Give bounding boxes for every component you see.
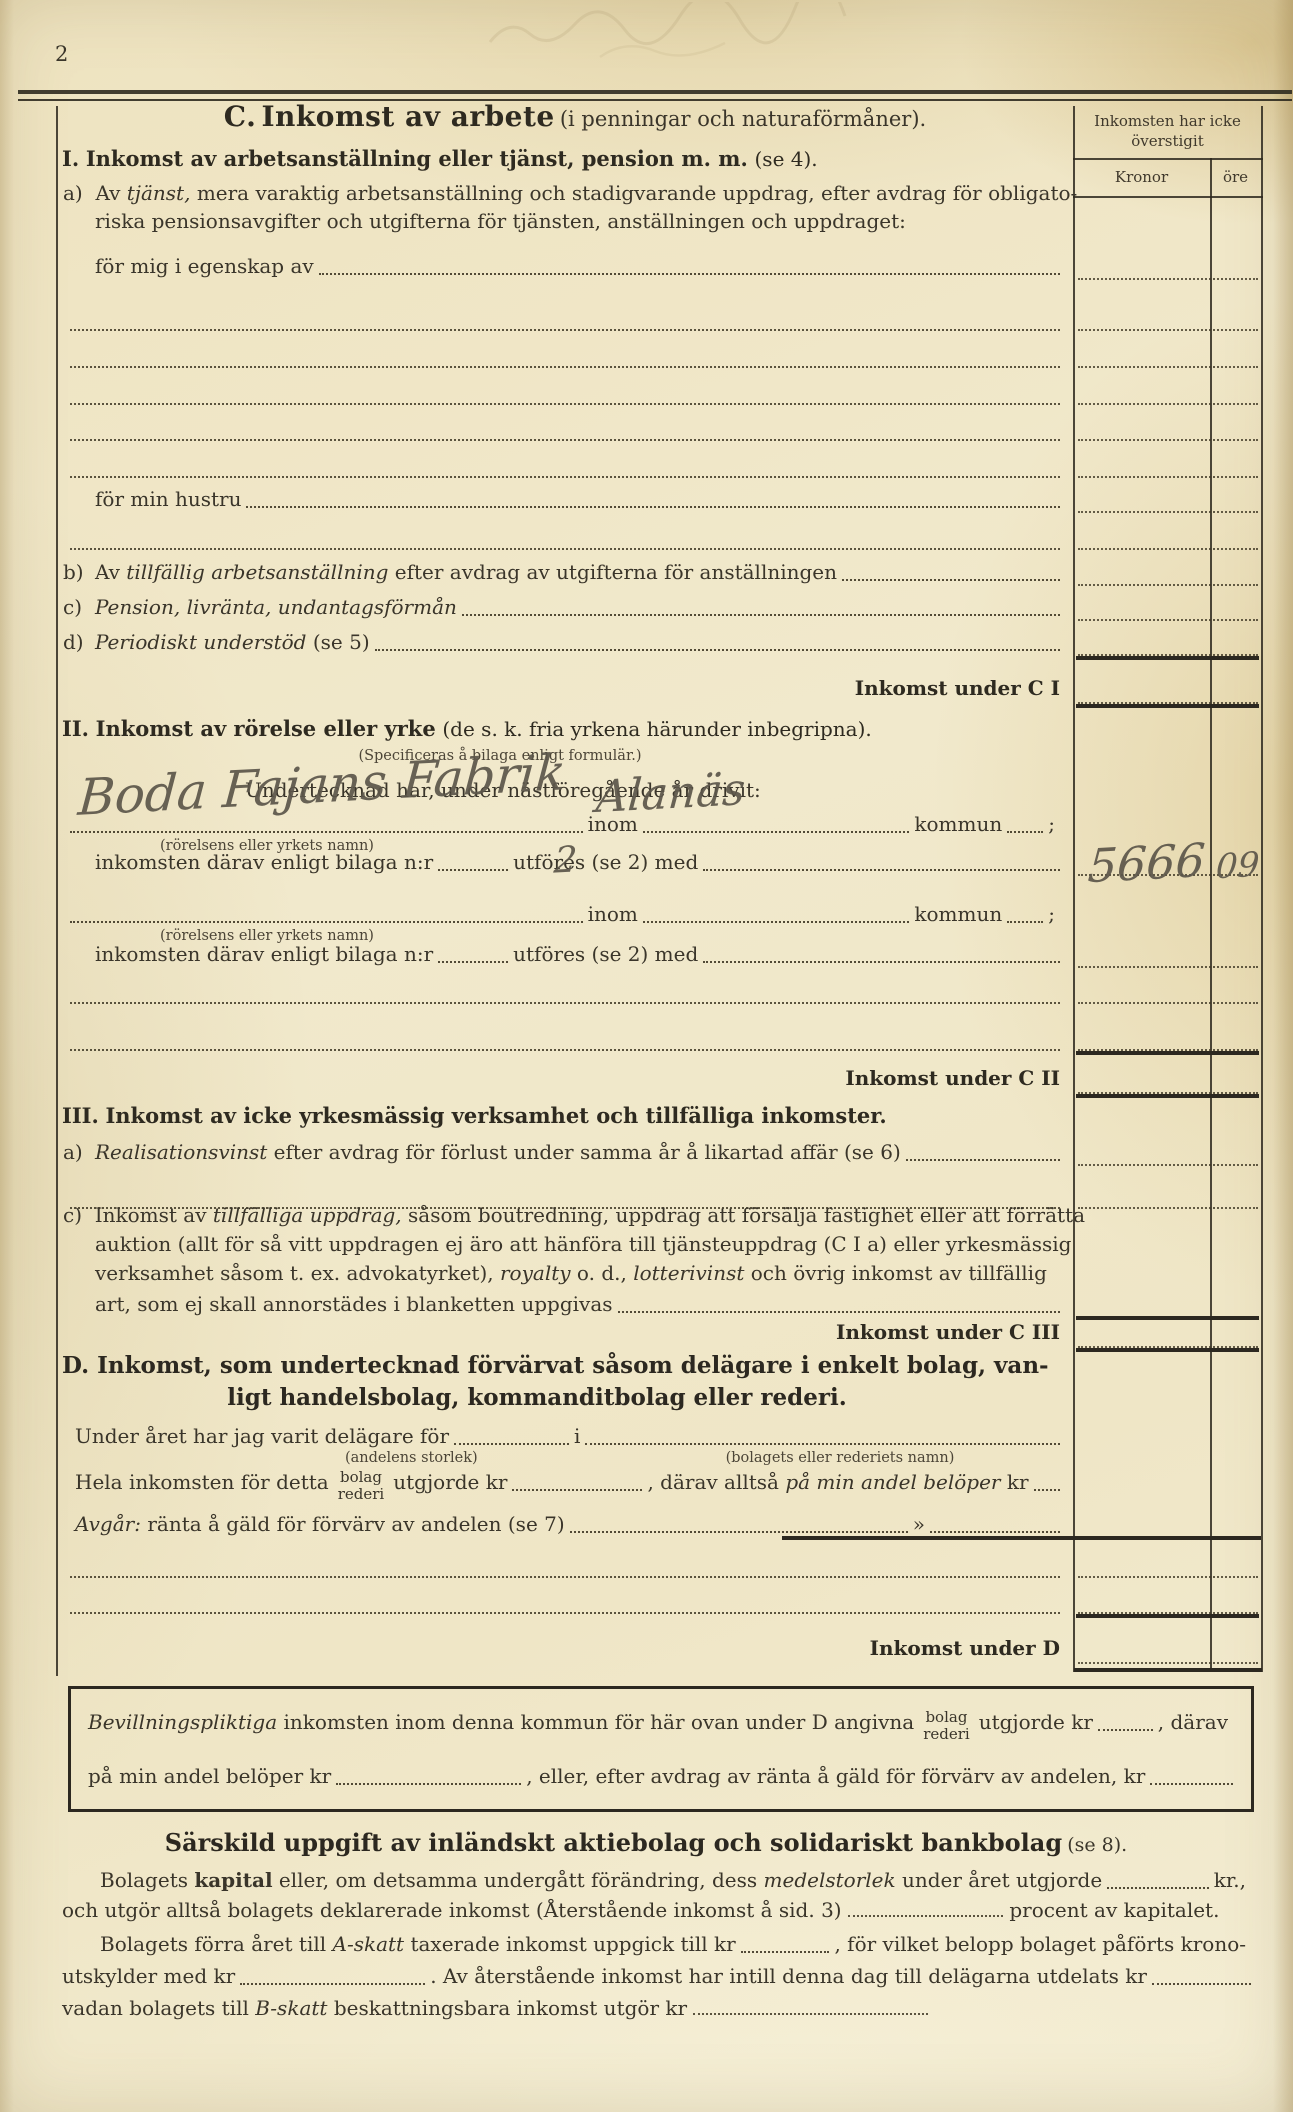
item-b-row: b) Av tillfällig arbetsanställning efter…: [63, 558, 1060, 584]
amount-cell-dotted-line: [1078, 377, 1258, 405]
empty-dotted-line: [70, 1550, 1060, 1578]
paper-left-edge-shadow: [0, 0, 14, 2112]
business-name-dotted-line: [70, 921, 583, 923]
amount-cell-dotted-line: [1078, 413, 1258, 441]
field-row-for-min-hustru: för min hustru: [95, 485, 1060, 511]
bilaga-number-dotted-line: [438, 961, 508, 963]
empty-dotted-line: [70, 450, 1060, 478]
item-d-row: d) Periodiskt understöd (se 5): [63, 628, 1060, 654]
empty-dotted-line: [70, 413, 1060, 441]
handwritten-amount-kronor: 5666: [1086, 833, 1207, 893]
amount-column-right-border: [1261, 106, 1263, 1672]
field-row-for-mig: för mig i egenskap av: [95, 252, 1060, 278]
special-p1: Bolagets kapital eller, om detsamma unde…: [100, 1866, 1251, 1892]
empty-dotted-line: [70, 522, 1060, 550]
fill-in-dotted-line: [246, 506, 1060, 508]
fill-in-dotted-line: [462, 614, 1060, 616]
amount-column-subheader-underline: [1073, 196, 1263, 198]
kommun-dotted-line: [643, 831, 910, 833]
special-p3: Bolagets förra året till A-skatt taxerad…: [100, 1930, 1251, 1956]
amount-cell-dotted-line: [1078, 522, 1258, 550]
summary-box-line2: på min andel belöper kr , eller, efter a…: [88, 1762, 1233, 1788]
share-size-dotted-line: [454, 1443, 569, 1445]
fill-in-dotted-line: [906, 1159, 1060, 1161]
bilaga-number-dotted-line: [438, 869, 508, 871]
handwritten-kommun-name: Alanäs: [594, 764, 747, 823]
page-number: 2: [55, 42, 68, 66]
amount-section-rule: [1076, 1051, 1259, 1055]
amount-cell-dotted-line: [1078, 676, 1258, 704]
item-iiia-row: a) Realisationsvinst efter avdrag för fö…: [63, 1138, 1060, 1164]
total-label-d: Inkomst under D: [700, 1636, 1060, 1660]
share-size-caption: (andelens storlek): [345, 1450, 478, 1466]
amount-column-header-line2: överstigit: [1073, 132, 1262, 150]
amount-section-rule: [1076, 1094, 1259, 1098]
amount-cell-dotted-line: [1078, 340, 1258, 368]
amount-section-rule: [1076, 1614, 1259, 1618]
amount-section-rule: [1076, 656, 1259, 660]
bevillningspliktiga-summary-box: [68, 1686, 1254, 1812]
amount-column-kronor-label: Kronor: [1073, 168, 1210, 186]
fill-in-dotted-line: [375, 649, 1060, 651]
item-iiic-line2: auktion (allt för så vitt uppdragen ej ä…: [95, 1232, 1071, 1256]
special-p2: och utgör alltså bolagets deklarerade in…: [62, 1898, 1219, 1922]
amount-cell-dotted-line: [1078, 303, 1258, 331]
fill-in-dotted-line: [618, 1311, 1060, 1313]
bolag-rederi-stack: bolag rederi: [334, 1469, 389, 1503]
amount-cell-dotted-line: [1078, 485, 1258, 513]
kommun-dotted-line: [643, 921, 910, 923]
item-iiic-line4: art, som ej skall annorstädes i blankett…: [95, 1290, 1060, 1316]
fill-in-dotted-line: [848, 1915, 1003, 1917]
amount-cell-dotted-line: [1078, 1510, 1258, 1538]
fill-in-dotted-line: [1007, 831, 1043, 833]
amount-cell-dotted-line: [1078, 1550, 1258, 1578]
item-a-line2: riska pensionsavgifter och utgifterna fö…: [95, 209, 906, 233]
item-a-line1: a) Av tjänst, mera varaktig arbetsanstäl…: [63, 181, 1077, 205]
section-d-heading-line2: ligt handelsbolag, kommanditbolag eller …: [62, 1384, 1012, 1411]
paper-right-edge-shadow: [1273, 0, 1293, 2112]
fill-in-dotted-line: [1152, 1983, 1251, 1985]
amount-cell-dotted-line: [1078, 940, 1258, 968]
item-c-row: c) Pension, livränta, undantagsförmån: [63, 593, 1060, 619]
amount-cell-dotted-line: [1078, 1636, 1258, 1664]
section-d-heading-line1: D. Inkomst, som undertecknad förvärvat s…: [62, 1352, 1049, 1379]
field-row-avgar: Avgår: ränta å gäld för förvärv av andel…: [75, 1510, 1060, 1536]
amount-column-header-line1: Inkomsten har icke: [1073, 112, 1262, 130]
fill-in-dotted-line: [741, 1951, 830, 1953]
total-label-c2: Inkomst under C II: [700, 1066, 1060, 1090]
empty-dotted-line: [70, 1023, 1060, 1051]
handwritten-amount-ore: 09: [1215, 845, 1261, 887]
fill-in-dotted-line: [930, 1531, 1060, 1533]
amount-column-header-underline: [1073, 158, 1263, 160]
amount-cell-dotted-line: [1078, 558, 1258, 586]
empty-dotted-line: [70, 976, 1060, 1004]
total-label-c3: Inkomst under C III: [700, 1320, 1060, 1344]
amount-cell-dotted-line: [1078, 1066, 1258, 1094]
scanned-tax-form-page: 2 Inkomsten har icke överstigit Kronor ö…: [0, 0, 1293, 2112]
amount-section-rule: [1076, 1348, 1259, 1352]
field-row-delagare: Under året har jag varit delägare för i: [75, 1422, 1060, 1448]
company-name-caption: (bolagets eller rederiets namn): [700, 1450, 980, 1466]
empty-dotted-line: [70, 1586, 1060, 1614]
amount-cell-dotted-line: [1078, 1586, 1258, 1614]
fill-in-dotted-line: [842, 579, 1060, 581]
bolag-rederi-stack: bolag rederi: [919, 1709, 974, 1743]
amount-cell-dotted-line: [1078, 976, 1258, 1004]
section-c-title-text: Inkomst av arbete: [261, 100, 554, 133]
company-name-dotted-line: [585, 1443, 1060, 1445]
handwritten-bilaga-number: 2: [553, 839, 579, 881]
amount-section-rule-wide: [782, 1536, 1261, 1540]
amount-column-left-border: [1073, 106, 1075, 1672]
field-row-inom-kommun-2: inom kommun ;: [70, 900, 1060, 926]
amount-cell-dotted-line: [1078, 450, 1258, 478]
fill-in-dotted-line: [1034, 1489, 1060, 1491]
section-c-number: C.: [224, 100, 257, 133]
amount-column-bottom-rule: [1074, 1668, 1262, 1672]
special-p5: vadan bolagets till B-skatt beskattnings…: [62, 1996, 928, 2020]
total-label-c1: Inkomst under C I: [700, 676, 1060, 700]
field-row-hela-inkomsten: Hela inkomsten för detta bolag rederi ut…: [75, 1468, 1060, 1494]
special-p4: utskylder med kr . Av återstående inkoms…: [62, 1962, 1251, 1988]
amount-cell-dotted-line: [1078, 1320, 1258, 1348]
empty-dotted-line: [70, 303, 1060, 331]
section-ciii-heading: III. Inkomst av icke yrkesmässig verksam…: [62, 1103, 887, 1128]
empty-dotted-line: [70, 340, 1060, 368]
fill-in-dotted-line: [693, 2013, 928, 2015]
amount-cell-dotted-line: [1078, 593, 1258, 621]
amount-dotted-line: [703, 869, 1060, 871]
amount-dotted-line: [703, 961, 1060, 963]
business-name-dotted-line: [70, 831, 583, 833]
empty-dotted-line: [70, 377, 1060, 405]
fill-in-dotted-line: [1107, 1887, 1209, 1889]
fill-in-dotted-line: [570, 1531, 908, 1533]
amount-cell-dotted-line: [1078, 1138, 1258, 1166]
amount-cell-dotted-line: [1078, 252, 1258, 280]
amount-column-ore-label: öre: [1210, 168, 1261, 186]
field-row-utfores-2: inkomsten därav enligt bilaga n:r utföre…: [95, 940, 1060, 966]
fill-in-dotted-line: [336, 1783, 521, 1785]
section-cii-heading: II. Inkomst av rörelse eller yrke (de s.…: [62, 716, 872, 741]
amount-section-rule: [1076, 704, 1259, 708]
amount-cell-dotted-line: [1078, 1290, 1258, 1318]
summary-box-line1: Bevillningspliktiga inkomsten inom denna…: [88, 1708, 1233, 1734]
section-ci-heading: I. Inkomst av arbetsanställning eller tj…: [62, 146, 818, 171]
fill-in-dotted-line: [240, 1983, 425, 1985]
section-c-title-paren: (i penningar och naturaförmåner).: [560, 107, 926, 131]
special-section-heading: Särskild uppgift av inländskt aktiebolag…: [30, 1828, 1262, 1857]
amount-cell-dotted-line: [1078, 1023, 1258, 1051]
fill-in-dotted-line: [1007, 921, 1043, 923]
section-c-title: C. Inkomst av arbete (i penningar och na…: [80, 100, 1070, 133]
fill-in-dotted-line: [1098, 1729, 1153, 1731]
fill-in-dotted-line: [512, 1489, 642, 1491]
bleed-through-handwriting: [480, 2, 900, 62]
fill-in-dotted-line: [1150, 1783, 1233, 1785]
amount-cell-dotted-line: [1078, 1181, 1258, 1209]
item-iiic-line3: verksamhet såsom t. ex. advokatyrket), r…: [95, 1261, 1047, 1285]
left-margin-rule: [56, 106, 58, 1676]
amount-cell-dotted-line: [1078, 628, 1258, 656]
fill-in-dotted-line: [319, 273, 1060, 275]
item-iiic-line1: c) Inkomst av tillfälliga uppdrag, såsom…: [63, 1203, 1085, 1227]
